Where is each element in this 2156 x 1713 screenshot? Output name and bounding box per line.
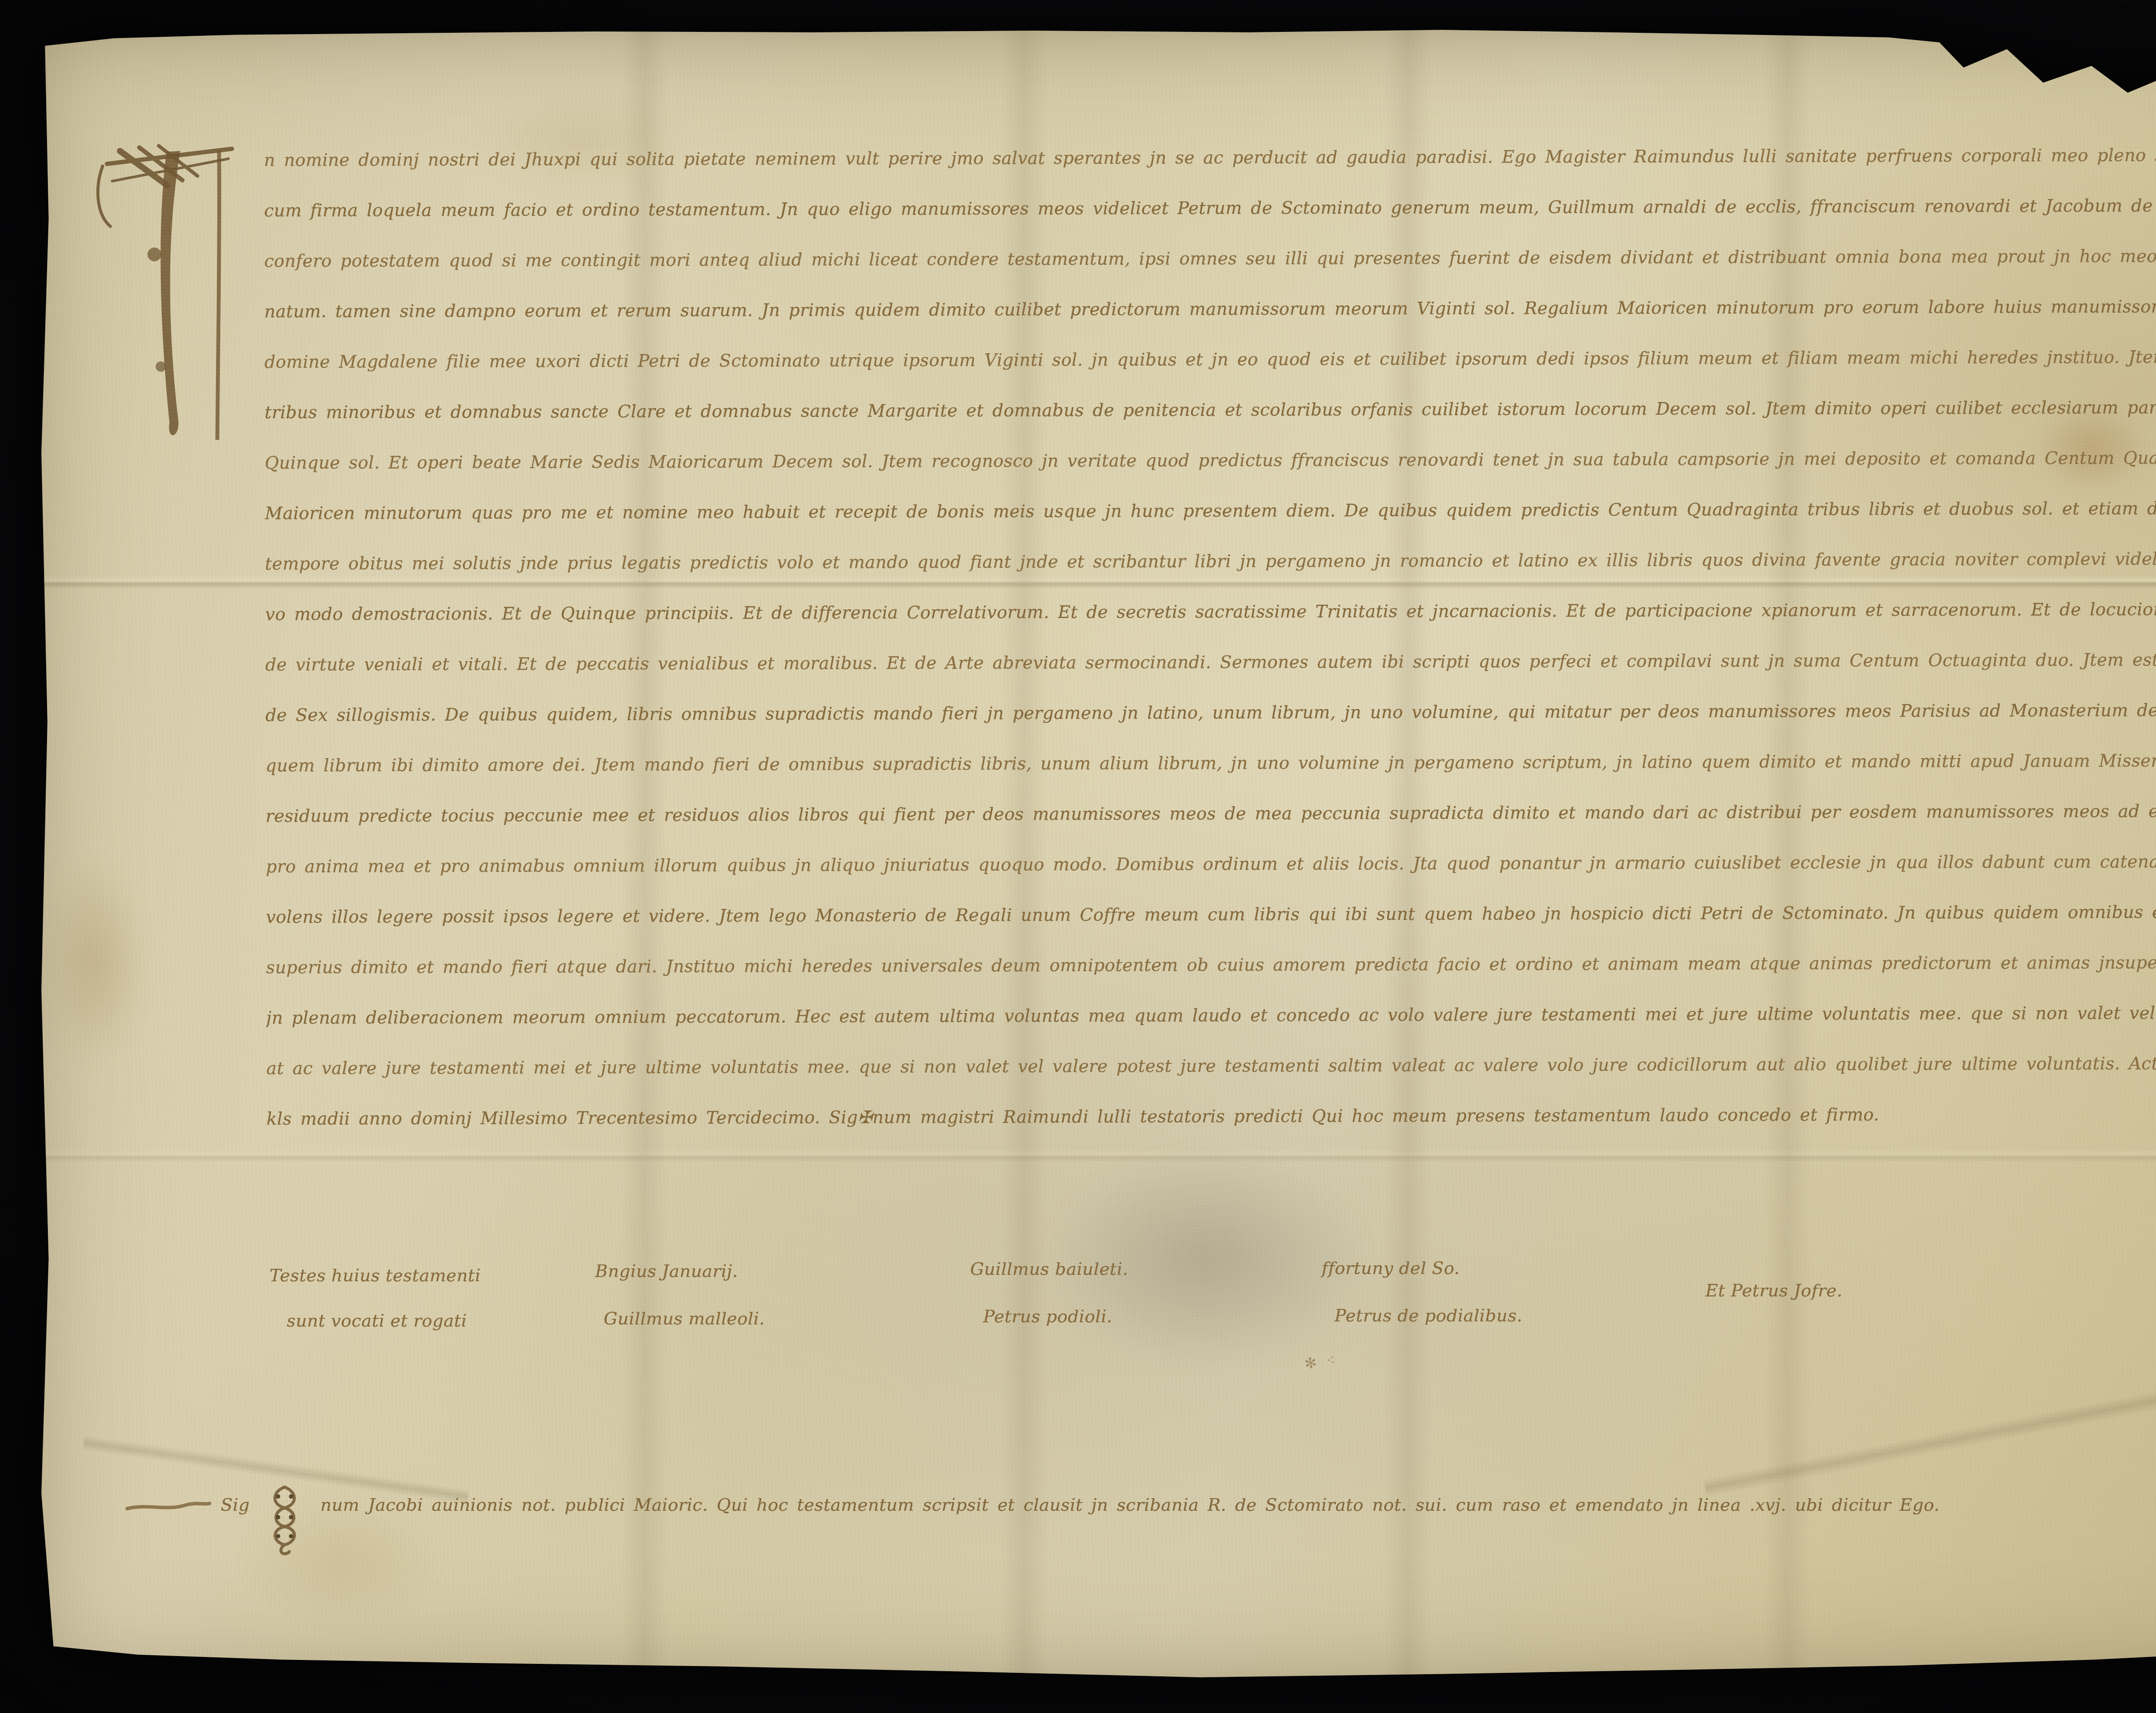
text-line: de virtute veniali et vitali. Et de pecc…	[265, 635, 2156, 690]
witness-name: Petrus podioli.	[983, 1307, 1112, 1327]
witness-intro: Testes huius testamenti	[269, 1266, 481, 1286]
witness-name: Petrus de podialibus.	[1335, 1306, 1523, 1326]
text-line: residuum predicte tocius peccunie mee et…	[266, 786, 2156, 842]
text-line: jn plenam deliberacionem meorum omnium p…	[266, 988, 2156, 1044]
text-line: at ac valere jure testamenti mei et jure…	[266, 1038, 2156, 1094]
paraph-mark: ✻ ⁖	[1304, 1351, 1339, 1373]
witness-name: Bngius Januarij.	[595, 1261, 738, 1281]
witness-name: ffortuny del So.	[1322, 1258, 1460, 1278]
text-line: pro anima mea et pro animabus omnium ill…	[266, 837, 2156, 892]
photograph-background: n nomine dominj nostri dei Jhuxpi qui so…	[0, 0, 2156, 1713]
horizontal-crease	[17, 1149, 2156, 1162]
text-line: vo modo demostracionis. Et de Quinque pr…	[265, 584, 2156, 640]
witness-name: Guillmus malleoli.	[604, 1309, 765, 1329]
text-line: superius dimito et mando fieri atque dar…	[266, 938, 2156, 993]
notary-subscription: Sig num Jacobi auinionis not. publici Ma…	[125, 1453, 1940, 1557]
text-line: confero potestatem quod si me contingit …	[264, 231, 2156, 287]
text-line: tempore obitus mei solutis jnde prius le…	[265, 534, 2156, 590]
witness-name: Guillmus baiuleti.	[970, 1259, 1128, 1279]
witness-intro: sunt vocati et rogati	[287, 1311, 467, 1331]
text-line: Quinque sol. Et operi beate Marie Sedis …	[265, 433, 2156, 489]
text-line: cum firma loquela meum facio et ordino t…	[264, 181, 2156, 236]
notary-sig-prefix: Sig	[221, 1495, 250, 1515]
witness-name: Et Petrus Jofre.	[1705, 1281, 1843, 1301]
notary-knot-icon	[259, 1484, 311, 1557]
initial-stem	[160, 151, 180, 435]
illuminated-initial-icon	[90, 125, 245, 453]
text-line: kls madii anno dominj Millesimo Trecente…	[266, 1089, 2156, 1145]
text-line: quem librum ibi dimito amore dei. Jtem m…	[266, 736, 2156, 791]
stain	[43, 858, 147, 1065]
parchment-sheet: n nomine dominj nostri dei Jhuxpi qui so…	[17, 17, 2156, 1695]
text-line: de Sex sillogismis. De quibus quidem, li…	[265, 685, 2156, 741]
text-line: Maioricen minutorum quas pro me et nomin…	[265, 483, 2156, 539]
text-line: natum. tamen sine dampno eorum et rerum …	[264, 282, 2156, 337]
text-line: volens illos legere possit ipsos legere …	[266, 887, 2156, 943]
text-line: tribus minoribus et domnabus sancte Clar…	[264, 383, 2156, 438]
notary-sig-text: num Jacobi auinionis not. publici Maiori…	[320, 1495, 1940, 1515]
testament-text-block: n nomine dominj nostri dei Jhuxpi qui so…	[264, 130, 2156, 1145]
pen-flourish-icon	[125, 1492, 211, 1518]
text-line: n nomine dominj nostri dei Jhuxpi qui so…	[264, 130, 2156, 186]
parchment-shadow-wrap: n nomine dominj nostri dei Jhuxpi qui so…	[0, 0, 2156, 1713]
text-line: domine Magdalene filie mee uxori dicti P…	[264, 332, 2156, 388]
